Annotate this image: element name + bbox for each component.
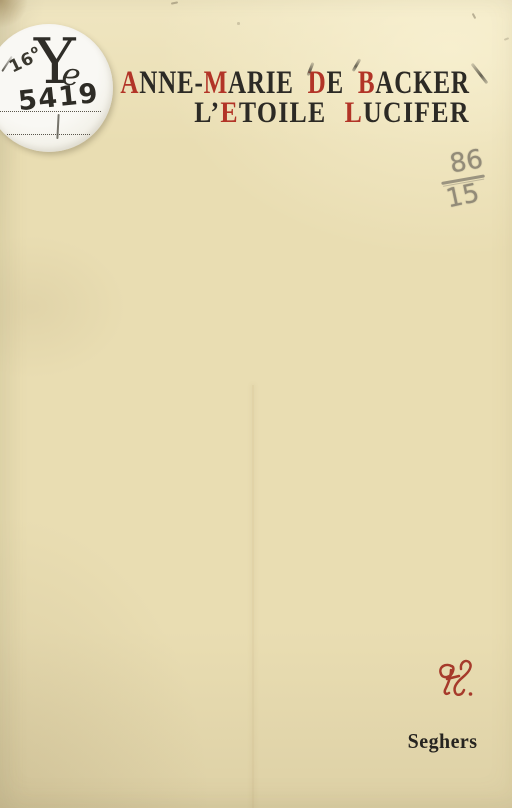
title-segment: L bbox=[345, 96, 364, 129]
fraction-numerator: 86 bbox=[448, 146, 485, 177]
pen-accent-mark-3 bbox=[471, 63, 489, 85]
sticker-dotted-line-2 bbox=[7, 134, 90, 135]
title-segment: A bbox=[121, 65, 140, 101]
title-segment: TOILE bbox=[239, 96, 345, 129]
paper-speck bbox=[237, 22, 240, 25]
title-segment: L’ bbox=[195, 96, 221, 129]
book-cover: 16o Y e 5419 ANNE-MARIE DE BACKER L’ETOI… bbox=[0, 0, 512, 808]
publisher-monogram-icon bbox=[432, 656, 478, 702]
paper-speck bbox=[171, 1, 178, 4]
title-segment: E bbox=[221, 96, 240, 129]
fraction-denominator: 15 bbox=[444, 180, 482, 212]
paper-speck bbox=[504, 37, 509, 41]
cover-crease bbox=[252, 385, 254, 808]
author-title-block: ANNE-MARIE DE BACKER L’ETOILE LUCIFER bbox=[10, 67, 470, 128]
publisher-name: Seghers bbox=[407, 729, 477, 754]
pencil-shelf-fraction: 86 15 bbox=[439, 147, 493, 210]
paper-speck bbox=[472, 13, 477, 19]
title-segment: UCIFER bbox=[363, 96, 470, 129]
title-line: L’ETOILE LUCIFER bbox=[75, 98, 470, 128]
